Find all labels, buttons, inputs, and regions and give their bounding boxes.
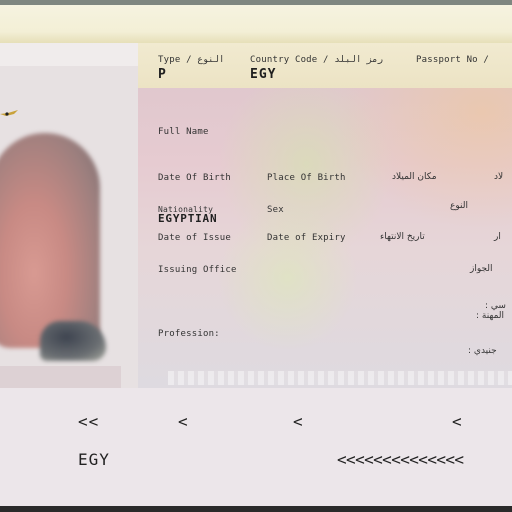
full-name-label: Full Name <box>158 127 209 137</box>
mrz-line1-chevrons-2: < <box>178 412 189 431</box>
mrz-line2-country: EGY <box>78 450 110 469</box>
card-bottom-edge <box>0 506 512 512</box>
date-of-expiry-label-ar: تاريخ الانتهاء <box>380 232 425 242</box>
date-of-issue-label: Date of Issue <box>158 233 231 243</box>
issuing-office-label: Issuing Office <box>158 265 237 275</box>
holder-photo-shoulder <box>40 321 106 361</box>
profession-label: Profession: <box>158 329 220 339</box>
mrz-line1-chevrons-4: < <box>452 412 463 431</box>
mrz-line1-chevrons-3: < <box>293 412 304 431</box>
holder-photo-blurred <box>0 133 100 348</box>
place-of-birth-label-ar: مكان الميلاد <box>392 172 437 182</box>
watermark-strip <box>168 371 512 385</box>
issuing-office-label-ar: الجواز <box>470 264 493 274</box>
type-value: P <box>158 67 167 82</box>
photo-panel <box>0 43 138 388</box>
address-label-ar: سي : <box>485 301 506 311</box>
date-of-expiry-label: Date of Expiry <box>267 233 346 243</box>
photo-panel-upper <box>0 43 138 66</box>
sex-label: Sex <box>267 205 284 215</box>
top-security-band <box>0 5 512 43</box>
date-of-birth-label: Date Of Birth <box>158 173 231 183</box>
mrz-line2-filler: <<<<<<<<<<<<<< <box>337 450 463 469</box>
passport-no-label: Passport No / <box>416 55 489 65</box>
nationality-value: EGYPTIAN <box>158 212 217 225</box>
emblem-mark-icon <box>0 109 20 117</box>
country-code-label: Country Code / رمز البلد <box>250 55 383 65</box>
country-code-value: EGY <box>250 67 276 82</box>
date-of-birth-label-ar: لاد <box>494 172 503 182</box>
place-of-birth-label: Place Of Birth <box>267 173 346 183</box>
machine-readable-zone <box>0 388 512 506</box>
military-status-label-ar: جنيدي : <box>468 346 497 356</box>
mrz-line1-chevrons-1: << <box>78 412 99 431</box>
profession-label-ar: المهنة : <box>476 311 504 321</box>
type-label: Type / النوع <box>158 55 224 65</box>
header-strip <box>138 43 512 88</box>
sex-label-ar: النوع <box>450 201 468 211</box>
date-of-issue-label-ar: ار <box>494 232 501 242</box>
